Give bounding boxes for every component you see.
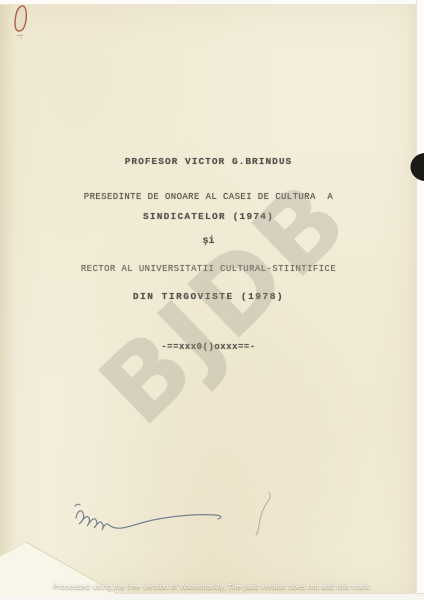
watermarkly-footer-text: Processed using the free version of Wate… (0, 582, 424, 591)
small-pen-stroke (256, 492, 270, 535)
handwritten-blue-ink-signature (75, 504, 221, 530)
typed-line-honorary: PRESEDINTE DE ONOARE AL CASEI DE CULTURA… (0, 192, 417, 202)
typed-line-and: și (0, 236, 417, 247)
typed-divider: -==xxx0()oxxx==- (0, 342, 417, 352)
typed-line-union: SINDICATELOR (1974) (0, 211, 417, 222)
scanned-document-page: PROFESOR VICTOR G.BRINDUS PRESEDINTE DE … (0, 0, 424, 600)
typed-line-city-year: DIN TIRGOVISTE (1978) (0, 291, 417, 302)
typed-line-rector: RECTOR AL UNIVERSITATII CULTURAL-STIINTI… (0, 264, 417, 274)
typed-line-title: PROFESOR VICTOR G.BRINDUS (0, 156, 417, 167)
red-pencil-loop-mark (15, 6, 26, 39)
